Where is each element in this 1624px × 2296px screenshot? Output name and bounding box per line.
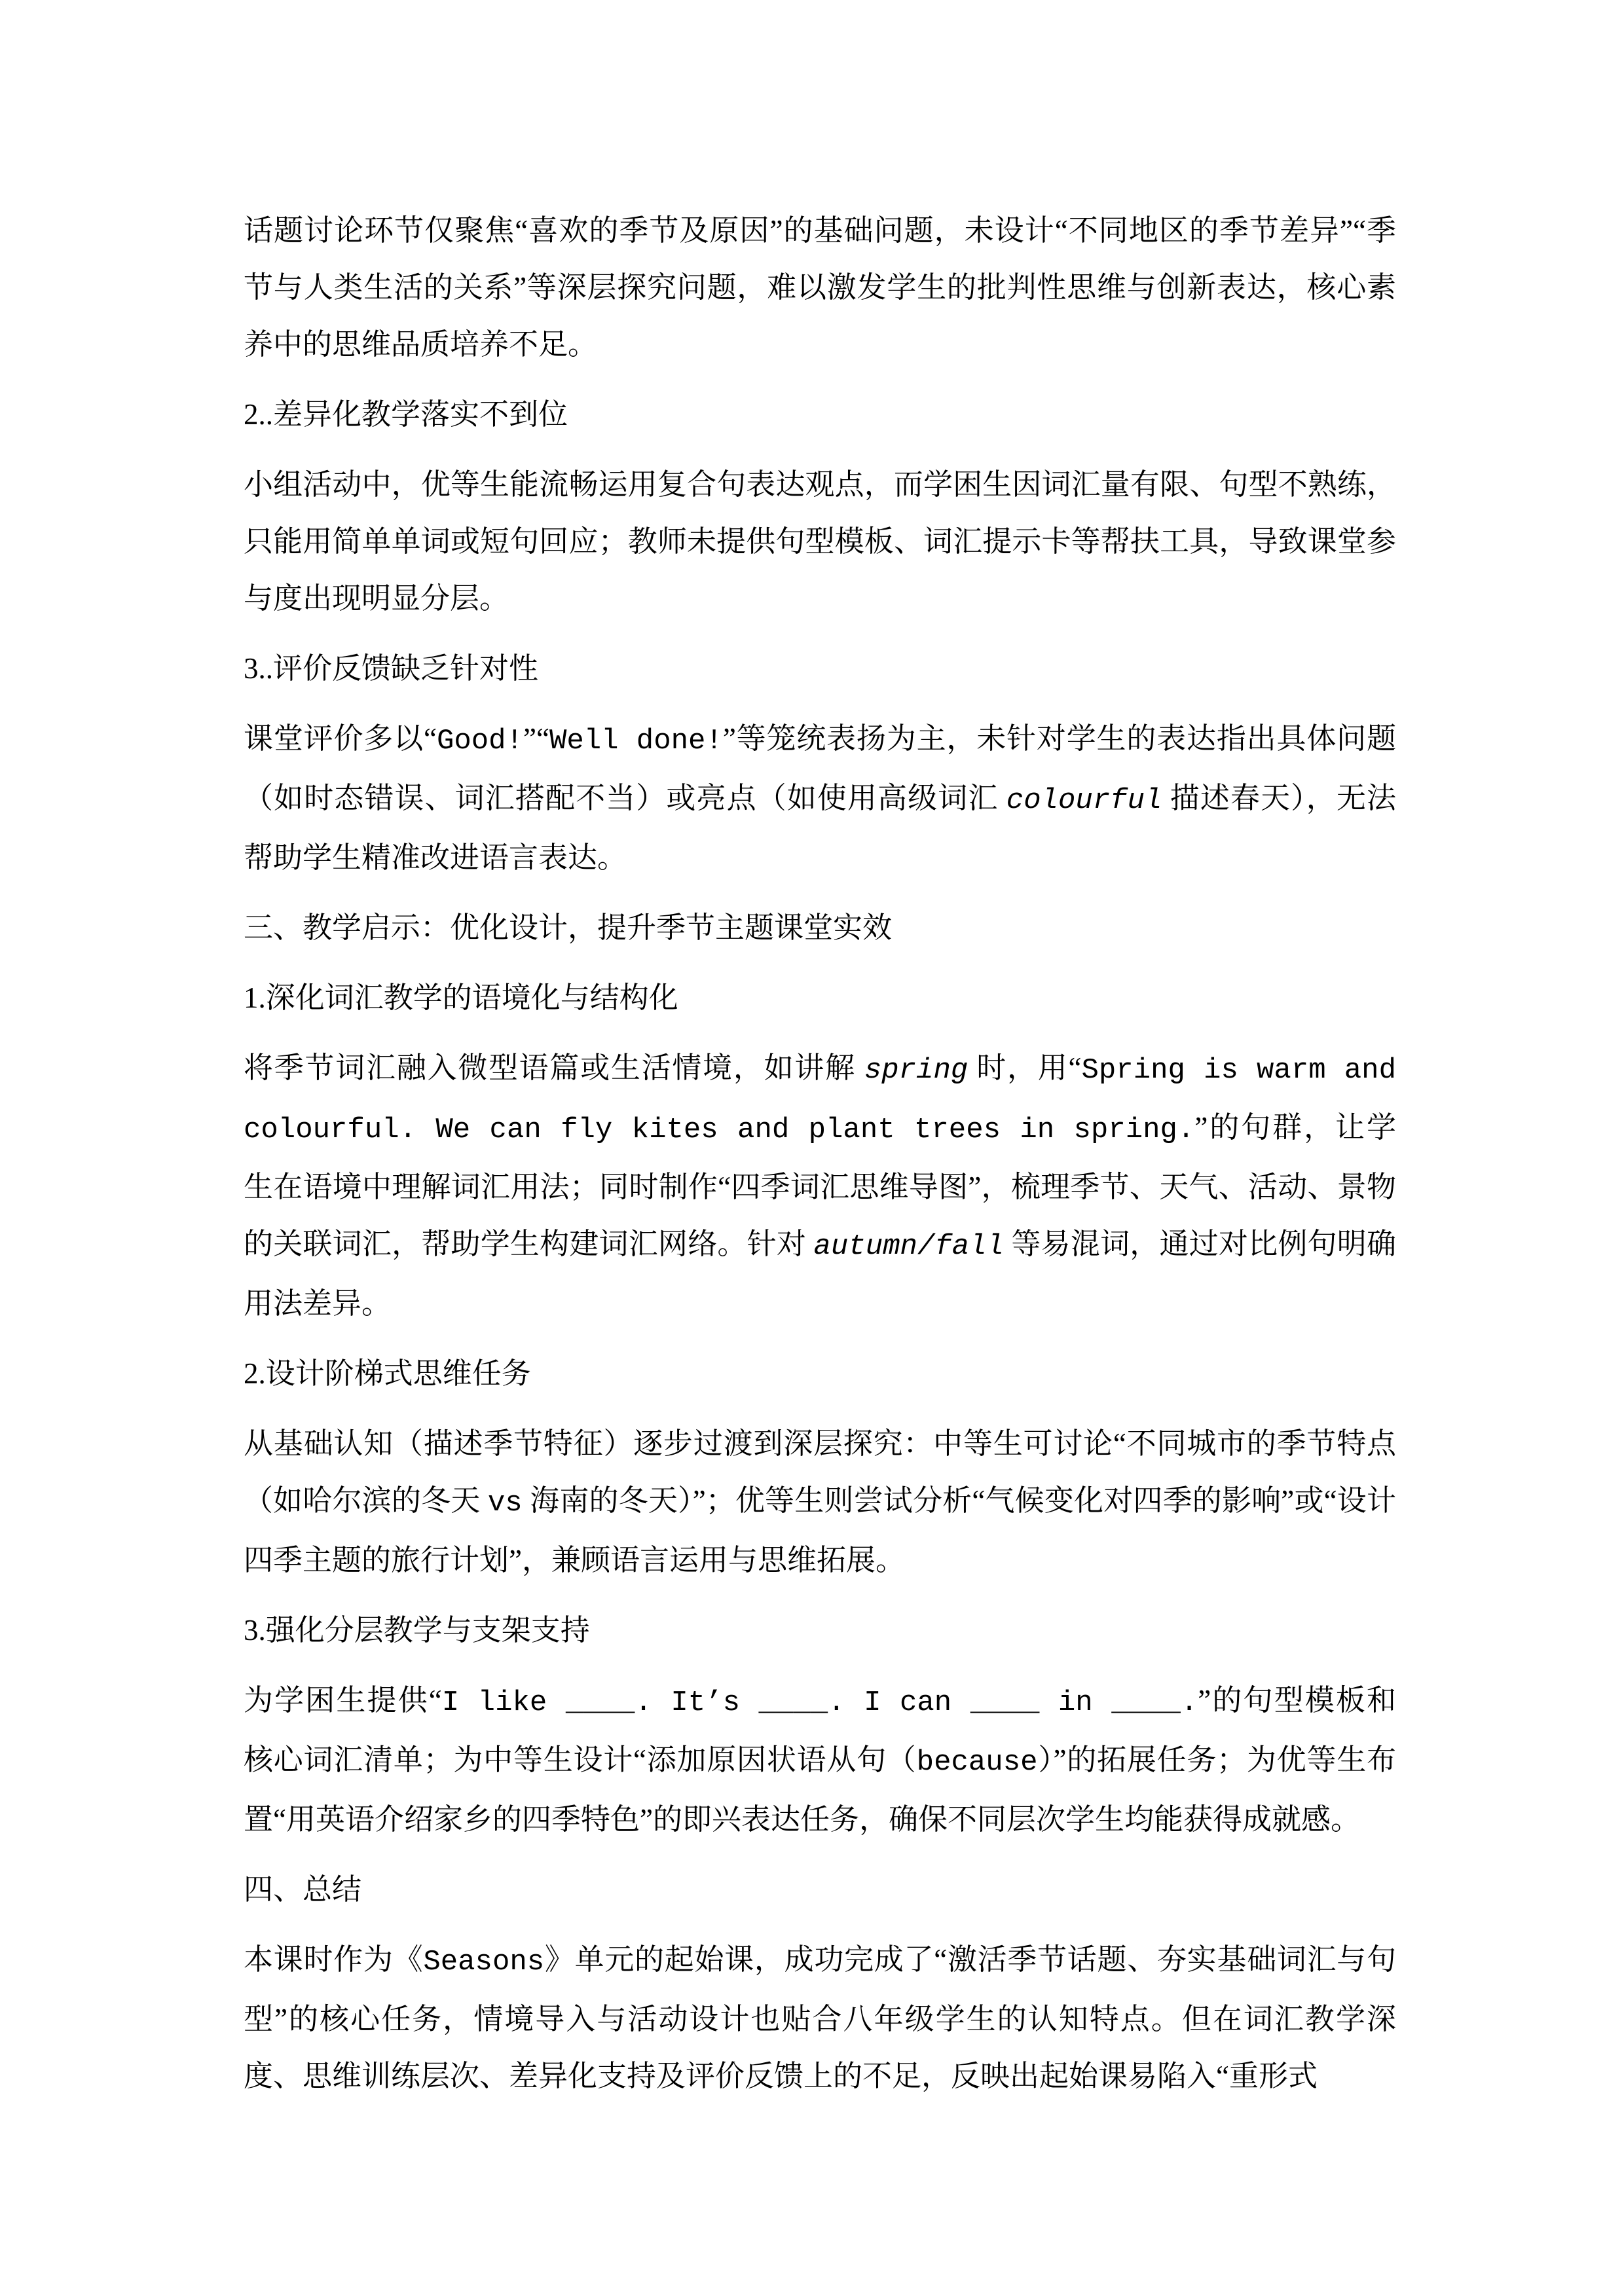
document-content: 话题讨论环节仅聚焦“喜欢的季节及原因”的基础问题，未设计“不同地区的季节差异”“…: [244, 202, 1396, 2118]
body-paragraph: 课堂评价多以“Good!”“Well done!”等笼统表扬为主，未针对学生的表…: [244, 710, 1396, 886]
chinese-text-run: 3..评价反馈缺乏针对性: [244, 652, 538, 685]
heading-paragraph: 三、教学启示：优化设计，提升季节主题课堂实效: [244, 900, 1396, 957]
body-paragraph: 小组活动中，优等生能流畅运用复合句表达观点，而学困生因词汇量有限、句型不熟练，只…: [244, 456, 1396, 627]
body-paragraph: 为学困生提供“I like ____. It’s ____. I can ___…: [244, 1672, 1396, 1848]
chinese-text-run: 2..差异化教学落实不到位: [244, 398, 568, 431]
document-page: 话题讨论环节仅聚焦“喜欢的季节及原因”的基础问题，未设计“不同地区的季节差异”“…: [0, 0, 1624, 2296]
english-text-run: Seasons: [423, 1946, 544, 1978]
chinese-text-run: 课堂评价多以“: [244, 722, 437, 755]
english-text-run: Well done!: [549, 725, 723, 757]
chinese-text-run: 1.深化词汇教学的语境化与结构化: [244, 981, 678, 1014]
chinese-text-run: 将季节词汇融入微型语篇或生活情境，如讲解: [244, 1051, 864, 1084]
english-text-run: I like ____. It’s ____. I can ____ in __…: [442, 1686, 1198, 1719]
chinese-text-run: 本课时作为《: [244, 1943, 423, 1976]
english-text-run: because: [917, 1746, 1038, 1779]
heading-paragraph: 2.设计阶梯式思维任务: [244, 1345, 1396, 1402]
chinese-text-run: 3.强化分层教学与支架支持: [244, 1614, 590, 1647]
heading-paragraph: 2..差异化教学落实不到位: [244, 386, 1396, 443]
english-text-run: spring: [864, 1054, 968, 1087]
chinese-text-run: ”“: [523, 722, 549, 755]
heading-paragraph: 四、总结: [244, 1861, 1396, 1918]
body-paragraph: 将季节词汇融入微型语篇或生活情境，如讲解 spring 时，用“Spring i…: [244, 1040, 1396, 1332]
heading-paragraph: 3..评价反馈缺乏针对性: [244, 640, 1396, 697]
chinese-text-run: 四、总结: [244, 1873, 361, 1906]
body-paragraph: 话题讨论环节仅聚焦“喜欢的季节及原因”的基础问题，未设计“不同地区的季节差异”“…: [244, 202, 1396, 373]
chinese-text-run: 三、教学启示：优化设计，提升季节主题课堂实效: [244, 911, 892, 944]
chinese-text-run: 话题讨论环节仅聚焦“喜欢的季节及原因”的基础问题，未设计“不同地区的季节差异”“…: [244, 214, 1396, 361]
body-paragraph: 本课时作为《Seasons》单元的起始课，成功完成了“激活季节话题、夯实基础词汇…: [244, 1931, 1396, 2105]
body-paragraph: 从基础认知（描述季节特征）逐步过渡到深层探究：中等生可讨论“不同城市的季节特点（…: [244, 1415, 1396, 1589]
chinese-text-run: 2.设计阶梯式思维任务: [244, 1357, 531, 1390]
chinese-text-run: 时，用“: [968, 1051, 1081, 1084]
chinese-text-run: 为学困生提供“: [244, 1684, 442, 1717]
english-text-run: vs: [488, 1487, 523, 1520]
english-text-run: autumn/fall: [814, 1230, 1004, 1263]
chinese-text-run: 小组活动中，优等生能流畅运用复合句表达观点，而学困生因词汇量有限、句型不熟练，只…: [244, 468, 1396, 615]
heading-paragraph: 3.强化分层教学与支架支持: [244, 1602, 1396, 1659]
english-text-run: colourful: [1006, 784, 1162, 817]
heading-paragraph: 1.深化词汇教学的语境化与结构化: [244, 970, 1396, 1027]
english-text-run: Good!: [437, 725, 523, 757]
